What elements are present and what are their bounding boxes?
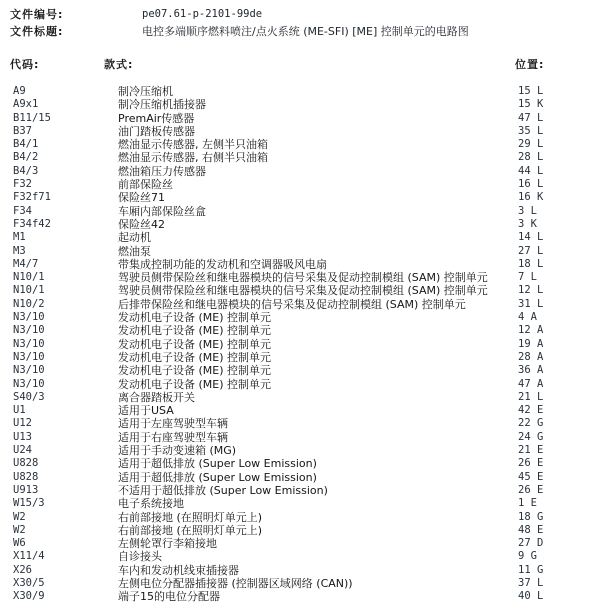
table-row: N3/10 发动机电子设备 (ME) 控制单元 19 A <box>13 338 606 351</box>
component-location: 18 G <box>518 511 606 524</box>
component-location: 21 L <box>518 391 606 404</box>
component-code: U1 <box>13 404 118 417</box>
table-row: B11/15 PremAir传感器 47 L <box>13 112 606 125</box>
component-location: 47 L <box>518 112 606 125</box>
component-description: 制冷压缩机 <box>118 85 518 98</box>
component-location: 28 L <box>518 151 606 164</box>
component-location: 37 L <box>518 577 606 590</box>
table-row: W15/3 电子系统接地 1 E <box>13 497 606 510</box>
table-row: M3 燃油泵 27 L <box>13 245 606 258</box>
table-row: N3/10 发动机电子设备 (ME) 控制单元 4 A <box>13 311 606 324</box>
component-code: X30/5 <box>13 577 118 590</box>
table-row: F34f42 保险丝42 3 K <box>13 218 606 231</box>
table-row: N3/10 发动机电子设备 (ME) 控制单元 47 A <box>13 378 606 391</box>
component-location: 22 G <box>518 417 606 430</box>
component-description: 左侧轮罩行李箱接地 <box>118 537 518 550</box>
component-location: 29 L <box>518 138 606 151</box>
component-code: B37 <box>13 125 118 138</box>
table-row: F32 前部保险丝 16 L <box>13 178 606 191</box>
component-location: 15 K <box>518 98 606 111</box>
component-location: 3 K <box>518 218 606 231</box>
column-header-location: 位置: <box>515 58 606 71</box>
table-row: U1 适用于USA 42 E <box>13 404 606 417</box>
table-row: M4/7 带集成控制功能的发动机和空调器吸风电扇 18 L <box>13 258 606 271</box>
table-row: M1 起动机 14 L <box>13 231 606 244</box>
component-description: 左侧电位分配器插接器 (控制器区域网络 (CAN)) <box>118 577 518 590</box>
table-row: N3/10 发动机电子设备 (ME) 控制单元 12 A <box>13 324 606 337</box>
component-description: 自诊接头 <box>118 550 518 563</box>
component-description: 发动机电子设备 (ME) 控制单元 <box>118 351 518 364</box>
table-row: N10/2 后排带保险丝和继电器模块的信号采集及促动控制模组 (SAM) 控制单… <box>13 298 606 311</box>
table-row: U913 不适用于超低排放 (Super Low Emission) 26 E <box>13 484 606 497</box>
table-row: B4/3 燃油箱压力传感器 44 L <box>13 165 606 178</box>
component-description: 端子15的电位分配器 <box>118 590 518 603</box>
component-description: 燃油显示传感器, 左侧半只油箱 <box>118 138 518 151</box>
component-location: 12 L <box>518 284 606 297</box>
component-code: B4/1 <box>13 138 118 151</box>
column-header-model: 款式: <box>104 58 515 71</box>
component-description: 发动机电子设备 (ME) 控制单元 <box>118 324 518 337</box>
component-code: F32 <box>13 178 118 191</box>
component-location: 21 E <box>518 444 606 457</box>
component-code: A9 <box>13 85 118 98</box>
component-location: 7 L <box>518 271 606 284</box>
file-title-value: 电控多端顺序燃料喷注/点火系统 (ME-SFI) [ME] 控制单元的电路图 <box>142 23 606 40</box>
table-row: A9x1 制冷压缩机插接器 15 K <box>13 98 606 111</box>
component-location: 42 E <box>518 404 606 417</box>
table-row: X30/5 左侧电位分配器插接器 (控制器区域网络 (CAN)) 37 L <box>13 577 606 590</box>
component-location: 40 L <box>518 590 606 603</box>
table-row: U828 适用于超低排放 (Super Low Emission) 45 E <box>13 471 606 484</box>
table-row: B4/1 燃油显示传感器, 左侧半只油箱 29 L <box>13 138 606 151</box>
component-code: F34f42 <box>13 218 118 231</box>
component-code: N3/10 <box>13 364 118 377</box>
component-location: 26 E <box>518 457 606 470</box>
legend-table: A9 制冷压缩机 15 L A9x1 制冷压缩机插接器 15 K B11/15 … <box>0 85 606 604</box>
component-code: U13 <box>13 431 118 444</box>
component-description: 不适用于超低排放 (Super Low Emission) <box>118 484 518 497</box>
component-description: 右前部接地 (在照明灯单元上) <box>118 524 518 537</box>
component-description: 保险丝42 <box>118 218 518 231</box>
file-header: 文件编号: pe07.61-p-2101-99de 文件标题: 电控多端顺序燃料… <box>0 0 606 40</box>
component-description: 燃油箱压力传感器 <box>118 165 518 178</box>
component-description: 右前部接地 (在照明灯单元上) <box>118 511 518 524</box>
component-location: 47 A <box>518 378 606 391</box>
component-location: 16 K <box>518 191 606 204</box>
component-location: 45 E <box>518 471 606 484</box>
component-description: 车厢内部保险丝盒 <box>118 205 518 218</box>
component-description: 发动机电子设备 (ME) 控制单元 <box>118 338 518 351</box>
component-location: 19 A <box>518 338 606 351</box>
component-description: 前部保险丝 <box>118 178 518 191</box>
file-title-row: 文件标题: 电控多端顺序燃料喷注/点火系统 (ME-SFI) [ME] 控制单元… <box>10 23 606 40</box>
component-location: 11 G <box>518 564 606 577</box>
table-row: U13 适用于右座驾驶型车辆 24 G <box>13 431 606 444</box>
component-description: 油门踏板传感器 <box>118 125 518 138</box>
component-code: W2 <box>13 511 118 524</box>
component-description: 离合器踏板开关 <box>118 391 518 404</box>
file-number-row: 文件编号: pe07.61-p-2101-99de <box>10 6 606 23</box>
component-code: F32f71 <box>13 191 118 204</box>
table-row: N10/1 驾驶员侧带保险丝和继电器模块的信号采集及促动控制模组 (SAM) 控… <box>13 271 606 284</box>
component-code: U12 <box>13 417 118 430</box>
table-row: X26 车内和发动机线束插接器 11 G <box>13 564 606 577</box>
component-code: S40/3 <box>13 391 118 404</box>
table-row: F34 车厢内部保险丝盒 3 L <box>13 205 606 218</box>
table-column-headers: 代码: 款式: 位置: <box>0 58 606 71</box>
component-code: W2 <box>13 524 118 537</box>
component-code: N10/1 <box>13 271 118 284</box>
document-page: 文件编号: pe07.61-p-2101-99de 文件标题: 电控多端顺序燃料… <box>0 0 606 604</box>
component-location: 3 L <box>518 205 606 218</box>
component-code: N3/10 <box>13 351 118 364</box>
component-description: 适用于超低排放 (Super Low Emission) <box>118 457 518 470</box>
component-location: 15 L <box>518 85 606 98</box>
component-code: B11/15 <box>13 112 118 125</box>
component-code: U913 <box>13 484 118 497</box>
component-code: N3/10 <box>13 378 118 391</box>
component-code: M3 <box>13 245 118 258</box>
table-row: U24 适用于手动变速箱 (MG) 21 E <box>13 444 606 457</box>
component-code: U828 <box>13 471 118 484</box>
component-description: 适用于超低排放 (Super Low Emission) <box>118 471 518 484</box>
component-code: N3/10 <box>13 311 118 324</box>
component-description: 适用于左座驾驶型车辆 <box>118 417 518 430</box>
component-code: X26 <box>13 564 118 577</box>
component-description: 适用于右座驾驶型车辆 <box>118 431 518 444</box>
component-code: M1 <box>13 231 118 244</box>
table-row: X11/4 自诊接头 9 G <box>13 550 606 563</box>
component-code: B4/3 <box>13 165 118 178</box>
component-description: 驾驶员侧带保险丝和继电器模块的信号采集及促动控制模组 (SAM) 控制单元 <box>118 271 518 284</box>
component-location: 27 L <box>518 245 606 258</box>
table-row: B37 油门踏板传感器 35 L <box>13 125 606 138</box>
component-code: F34 <box>13 205 118 218</box>
table-row: X30/9 端子15的电位分配器 40 L <box>13 590 606 603</box>
component-code: W15/3 <box>13 497 118 510</box>
component-location: 24 G <box>518 431 606 444</box>
component-location: 35 L <box>518 125 606 138</box>
component-code: N3/10 <box>13 324 118 337</box>
component-description: 适用于手动变速箱 (MG) <box>118 444 518 457</box>
column-header-code: 代码: <box>10 58 104 71</box>
file-number-value: pe07.61-p-2101-99de <box>142 6 606 23</box>
component-location: 28 A <box>518 351 606 364</box>
component-code: X11/4 <box>13 550 118 563</box>
component-code: X30/9 <box>13 590 118 603</box>
component-description: 起动机 <box>118 231 518 244</box>
component-location: 26 E <box>518 484 606 497</box>
component-description: 驾驶员侧带保险丝和继电器模块的信号采集及促动控制模组 (SAM) 控制单元 <box>118 284 518 297</box>
component-description: 车内和发动机线束插接器 <box>118 564 518 577</box>
table-row: N3/10 发动机电子设备 (ME) 控制单元 36 A <box>13 364 606 377</box>
component-description: 带集成控制功能的发动机和空调器吸风电扇 <box>118 258 518 271</box>
table-row: W2 右前部接地 (在照明灯单元上) 48 E <box>13 524 606 537</box>
component-location: 1 E <box>518 497 606 510</box>
component-location: 16 L <box>518 178 606 191</box>
table-row: A9 制冷压缩机 15 L <box>13 85 606 98</box>
component-description: 电子系统接地 <box>118 497 518 510</box>
table-row: W6 左侧轮罩行李箱接地 27 D <box>13 537 606 550</box>
component-description: 燃油显示传感器, 右侧半只油箱 <box>118 151 518 164</box>
component-location: 4 A <box>518 311 606 324</box>
file-number-label: 文件编号: <box>10 6 142 23</box>
component-description: 发动机电子设备 (ME) 控制单元 <box>118 364 518 377</box>
component-code: M4/7 <box>13 258 118 271</box>
component-location: 9 G <box>518 550 606 563</box>
component-location: 12 A <box>518 324 606 337</box>
table-row: B4/2 燃油显示传感器, 右侧半只油箱 28 L <box>13 151 606 164</box>
table-row: S40/3 离合器踏板开关 21 L <box>13 391 606 404</box>
component-description: 发动机电子设备 (ME) 控制单元 <box>118 311 518 324</box>
component-description: 后排带保险丝和继电器模块的信号采集及促动控制模组 (SAM) 控制单元 <box>118 298 518 311</box>
component-location: 14 L <box>518 231 606 244</box>
component-code: U24 <box>13 444 118 457</box>
table-row: N10/1 驾驶员侧带保险丝和继电器模块的信号采集及促动控制模组 (SAM) 控… <box>13 284 606 297</box>
component-code: W6 <box>13 537 118 550</box>
component-location: 44 L <box>518 165 606 178</box>
component-code: N10/2 <box>13 298 118 311</box>
component-description: 制冷压缩机插接器 <box>118 98 518 111</box>
table-row: N3/10 发动机电子设备 (ME) 控制单元 28 A <box>13 351 606 364</box>
component-description: PremAir传感器 <box>118 112 518 125</box>
component-code: N3/10 <box>13 338 118 351</box>
component-code: U828 <box>13 457 118 470</box>
table-row: U828 适用于超低排放 (Super Low Emission) 26 E <box>13 457 606 470</box>
table-row: F32f71 保险丝71 16 K <box>13 191 606 204</box>
file-title-label: 文件标题: <box>10 23 142 40</box>
component-description: 适用于USA <box>118 404 518 417</box>
component-code: B4/2 <box>13 151 118 164</box>
component-location: 27 D <box>518 537 606 550</box>
component-location: 18 L <box>518 258 606 271</box>
component-location: 36 A <box>518 364 606 377</box>
component-code: N10/1 <box>13 284 118 297</box>
component-code: A9x1 <box>13 98 118 111</box>
component-description: 发动机电子设备 (ME) 控制单元 <box>118 378 518 391</box>
component-description: 保险丝71 <box>118 191 518 204</box>
table-row: U12 适用于左座驾驶型车辆 22 G <box>13 417 606 430</box>
table-row: W2 右前部接地 (在照明灯单元上) 18 G <box>13 511 606 524</box>
component-location: 48 E <box>518 524 606 537</box>
component-description: 燃油泵 <box>118 245 518 258</box>
component-location: 31 L <box>518 298 606 311</box>
